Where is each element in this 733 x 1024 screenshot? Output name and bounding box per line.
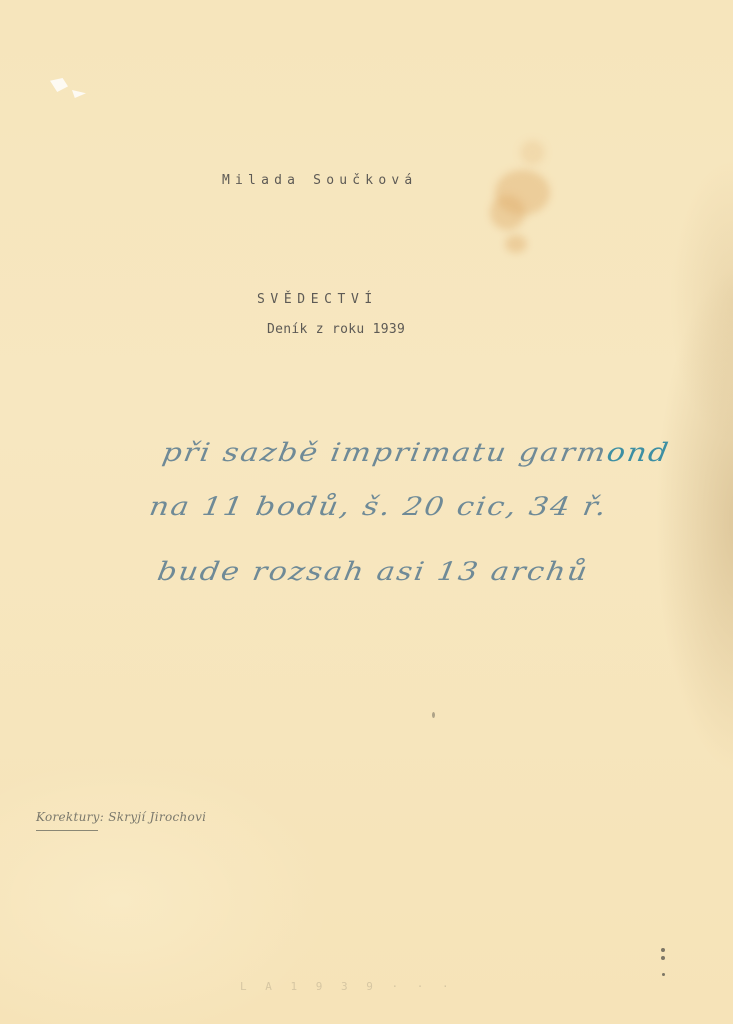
ink-dot [661, 948, 665, 952]
handwritten-line-1-blue: ond [605, 438, 673, 468]
ink-dot [661, 956, 665, 960]
handwritten-line-1-pencil: při sazbě imprimatu garm [160, 438, 609, 468]
margin-note: Korektury: Skryjí Jirochovi [36, 810, 206, 824]
document-subtitle: Deník z roku 1939 [267, 322, 405, 337]
stain-small [505, 235, 527, 253]
margin-note-underline [36, 830, 98, 831]
handwritten-line-3: bude rozsah asi 13 archů [155, 557, 591, 587]
stain-top [520, 140, 545, 165]
ink-dot [432, 712, 435, 718]
handwritten-line-2: na 11 bodů, š. 20 cic, 34 ř. [147, 492, 610, 522]
paper-tear [50, 78, 68, 92]
paper-tear-2 [72, 90, 86, 98]
handwritten-line-1: při sazbě imprimatu garmond [160, 438, 672, 468]
stain-mid [490, 195, 525, 230]
ink-dot [662, 973, 665, 976]
author-name: Milada Součková [222, 173, 417, 188]
document-page: Milada Součková SVĚDECTVÍ Deník z roku 1… [0, 0, 733, 1024]
document-title: SVĚDECTVÍ [257, 292, 378, 307]
footer-stamp: L A 1 9 3 9 · · · [240, 980, 455, 993]
